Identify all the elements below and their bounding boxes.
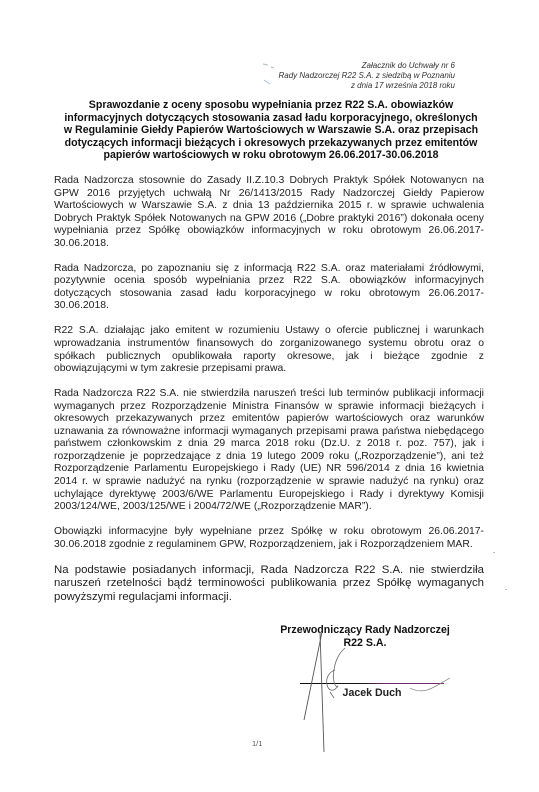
scan-speck — [493, 552, 495, 553]
scan-speck — [505, 589, 507, 590]
signatory-name: Jacek Duch — [300, 687, 444, 699]
signature-line — [300, 683, 444, 684]
signature-block: Przewodniczący Rady Nadzorczej R22 S.A. — [280, 624, 450, 649]
title-line-5: papierów wartościowych w roku obrotowym … — [58, 149, 484, 162]
signatory-role: Przewodniczący Rady Nadzorczej — [280, 624, 450, 637]
stamp-marks-icon — [262, 60, 280, 90]
annex-line-2: Rady Nadzorczej R22 S.A. z siedzibą w Po… — [278, 71, 455, 81]
paragraph-assessment-basis: Rada Nadzorcza stosownie do Zasady II.Z.… — [54, 175, 484, 250]
document-title: Sprawozdanie z oceny sposobu wypełniania… — [58, 99, 484, 162]
title-line-1: Sprawozdanie z oceny sposobu wypełniania… — [58, 99, 484, 112]
document-body: Rada Nadzorcza stosownie do Zasady II.Z.… — [54, 175, 484, 617]
paragraph-no-violations: Rada Nadzorcza R22 S.A. nie stwierdziła … — [54, 388, 484, 513]
title-line-3: w Regulaminie Giełdy Papierów Wartościow… — [58, 124, 484, 137]
page-number: 1/1 — [252, 739, 262, 748]
annex-line-3: z dnia 17 września 2018 roku — [278, 81, 455, 91]
annex-header: Załacznik do Uchwały nr 6 Rady Nadzorcze… — [278, 61, 455, 91]
paragraph-conclusion: Na podstawie posiadanych informacji, Rad… — [54, 564, 484, 605]
paragraph-obligations-fulfilled: Obowiązki informacyjne były wypełniane p… — [54, 526, 484, 551]
title-line-4: dotyczących informacji bieżących i okres… — [58, 137, 484, 150]
signatory-company: R22 S.A. — [280, 637, 450, 650]
title-line-2: informacyjnych dotyczących stosowania za… — [58, 112, 484, 125]
paragraph-positive-evaluation: Rada Nadzorcza, po zapoznaniu się z info… — [54, 263, 484, 313]
annex-line-1: Załacznik do Uchwały nr 6 — [278, 61, 455, 71]
paragraph-reports-published: R22 S.A. działając jako emitent w rozumi… — [54, 325, 484, 375]
